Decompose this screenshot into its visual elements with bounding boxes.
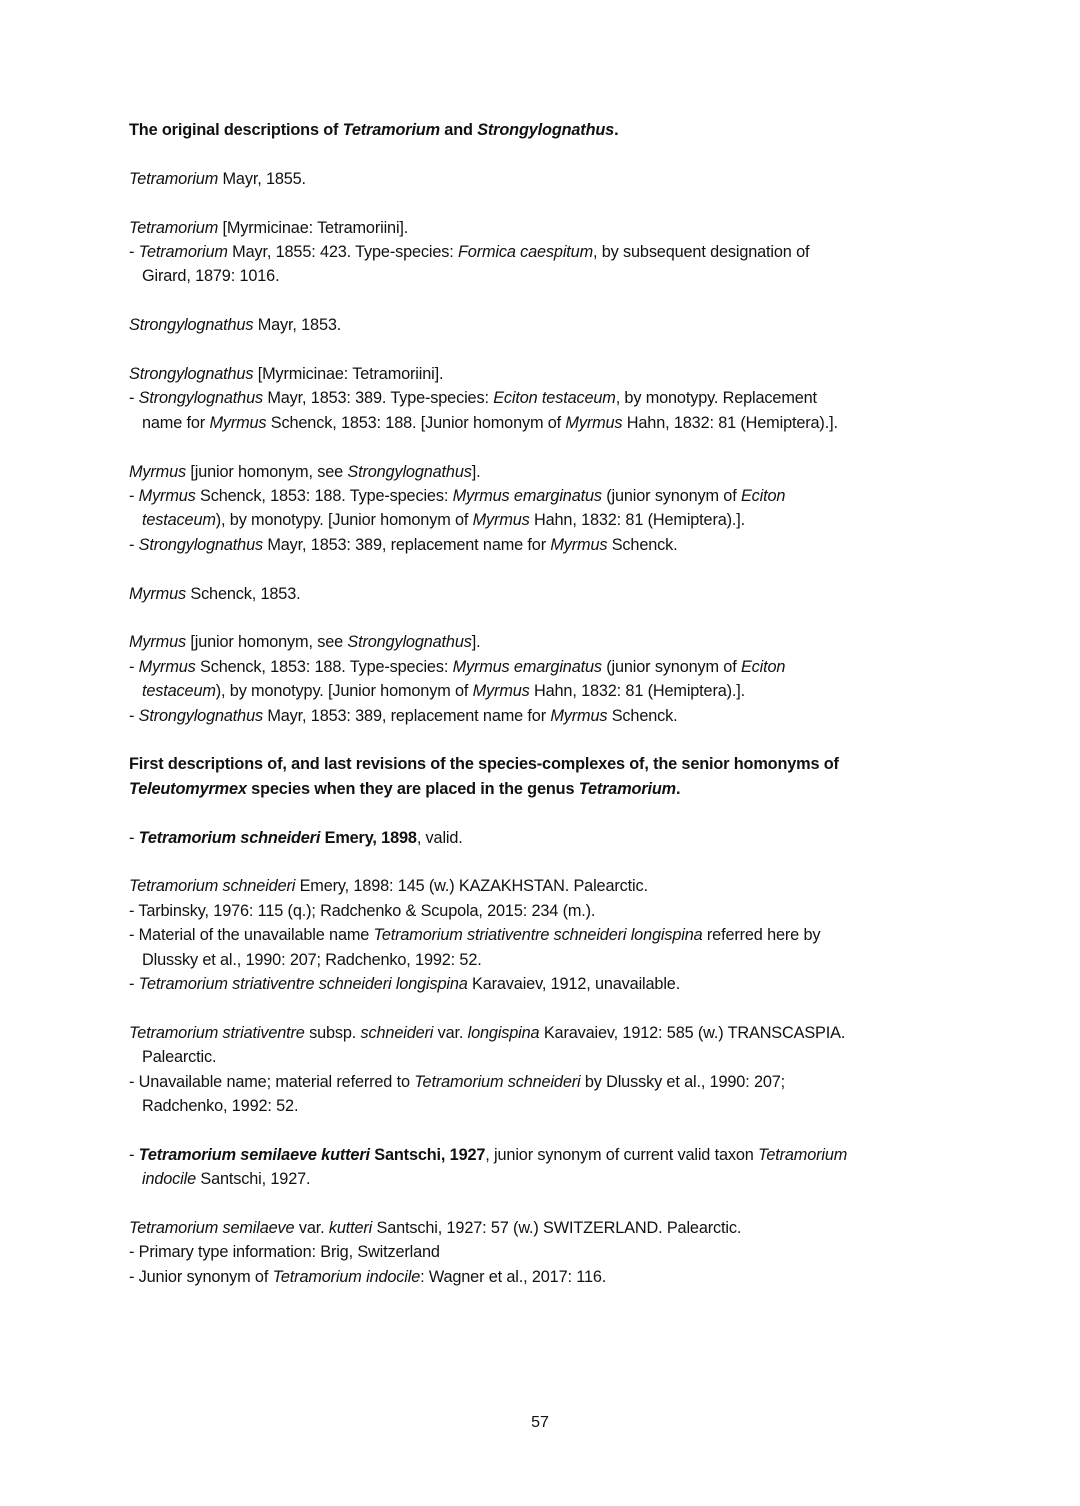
taxon-name: Myrmus	[473, 682, 530, 700]
text-run: -	[129, 975, 139, 993]
taxon-name: Strongylognathus	[139, 536, 263, 554]
text-run: Santschi, 1927: 57 (w.) SWITZERLAND. Pal…	[372, 1219, 741, 1237]
text-line: - Tetramorium schneideri Emery, 1898, va…	[129, 826, 959, 850]
taxon-name: Myrmus	[139, 487, 196, 505]
text-run: Schenck.	[607, 536, 677, 554]
text-run: by Dlussky et al., 1990: 207;	[580, 1073, 785, 1091]
text-run: -	[129, 707, 139, 725]
text-run: Mayr, 1855.	[218, 170, 306, 188]
text-run: Emery, 1898	[320, 829, 417, 847]
text-run: var.	[433, 1024, 467, 1042]
text-run: referred here by	[703, 926, 821, 944]
taxon-name: Tetramorium semilaeve	[129, 1219, 294, 1237]
text-line: First descriptions of, and last revision…	[129, 752, 959, 776]
text-run: Schenck, 1853: 188. [Junior homonym of	[266, 414, 565, 432]
text-line: - Tetramorium striativentre schneideri l…	[129, 972, 959, 996]
taxon-name: Tetramorium schneideri	[414, 1073, 580, 1091]
text-line: The original descriptions of Tetramorium…	[129, 118, 959, 142]
text-run: Mayr, 1853: 389, replacement name for	[263, 536, 550, 554]
text-run: Karavaiev, 1912: 585 (w.) TRANSCASPIA.	[539, 1024, 845, 1042]
text-run: name for	[142, 414, 209, 432]
taxon-name: indocile	[142, 1170, 196, 1188]
text-line: - Junior synonym of Tetramorium indocile…	[129, 1265, 959, 1289]
taxon-entry: - Tetramorium semilaeve kutteri Santschi…	[129, 1143, 959, 1192]
text-line: Tetramorium semilaeve var. kutteri Sants…	[129, 1216, 959, 1240]
taxon-name: Myrmus	[129, 633, 186, 651]
text-run: -	[129, 658, 139, 676]
taxon-name: Tetramorium indocile	[273, 1268, 421, 1286]
text-line: - Strongylognathus Mayr, 1853: 389, repl…	[129, 533, 959, 557]
taxon-name: testaceum	[142, 682, 216, 700]
taxon-entry: Tetramorium semilaeve var. kutteri Sants…	[129, 1216, 959, 1289]
taxon-entry: Tetramorium Mayr, 1855.	[129, 167, 959, 191]
text-run: Schenck, 1853: 188. Type-species:	[196, 658, 453, 676]
text-run: - Material of the unavailable name	[129, 926, 374, 944]
taxon-name: Eciton	[741, 487, 785, 505]
text-line: - Tetramorium Mayr, 1855: 423. Type-spec…	[129, 240, 959, 264]
taxon-name: Tetramorium	[758, 1146, 847, 1164]
taxon-name: Myrmus	[550, 707, 607, 725]
text-line: - Myrmus Schenck, 1853: 188. Type-specie…	[129, 655, 959, 679]
taxon-name: Teleutomyrmex	[129, 780, 247, 798]
taxon-name: Tetramorium striativentre schneideri lon…	[374, 926, 703, 944]
text-line: - Material of the unavailable name Tetra…	[129, 923, 959, 947]
text-line-continuation: Girard, 1879: 1016.	[129, 264, 959, 288]
taxon-name: Myrmus	[209, 414, 266, 432]
text-run: Santschi, 1927	[370, 1146, 485, 1164]
text-line: Tetramorium Mayr, 1855.	[129, 167, 959, 191]
text-line: - Unavailable name; material referred to…	[129, 1070, 959, 1094]
text-line: Myrmus Schenck, 1853.	[129, 582, 959, 606]
text-line: - Primary type information: Brig, Switze…	[129, 1240, 959, 1264]
text-line: - Tetramorium semilaeve kutteri Santschi…	[129, 1143, 959, 1167]
text-run: [junior homonym, see	[186, 633, 347, 651]
taxon-name: Myrmus	[473, 511, 530, 529]
text-line-continuation: testaceum), by monotypy. [Junior homonym…	[129, 508, 959, 532]
text-run: Palearctic.	[142, 1048, 216, 1066]
taxon-entry: Tetramorium schneideri Emery, 1898: 145 …	[129, 874, 959, 996]
text-run: -	[129, 1146, 139, 1164]
document-body: The original descriptions of Tetramorium…	[129, 118, 959, 1314]
text-run: [junior homonym, see	[186, 463, 347, 481]
taxon-name: Eciton testaceum	[493, 389, 615, 407]
taxon-name: Strongylognathus	[347, 463, 471, 481]
taxon-name: Tetramorium semilaeve kutteri	[139, 1146, 370, 1164]
text-run: Hahn, 1832: 81 (Hemiptera).].	[622, 414, 837, 432]
text-line: - Strongylognathus Mayr, 1853: 389. Type…	[129, 386, 959, 410]
section-heading: The original descriptions of Tetramorium…	[129, 118, 959, 142]
text-line-continuation: Radchenko, 1992: 52.	[129, 1094, 959, 1118]
taxon-name: Tetramorium striativentre	[129, 1024, 305, 1042]
text-run: [Myrmicinae: Tetramoriini].	[218, 219, 408, 237]
taxon-name: Strongylognathus	[139, 707, 263, 725]
text-line-continuation: Palearctic.	[129, 1045, 959, 1069]
taxon-name: Strongylognathus	[129, 316, 253, 334]
text-run: - Tarbinsky, 1976: 115 (q.); Radchenko &…	[129, 902, 595, 920]
taxon-name: Tetramorium	[579, 780, 676, 798]
text-run: Girard, 1879: 1016.	[142, 267, 279, 285]
text-line: Teleutomyrmex species when they are plac…	[129, 777, 959, 801]
text-run: -	[129, 389, 139, 407]
taxon-name: Myrmus emarginatus	[453, 487, 602, 505]
text-run: Karavaiev, 1912, unavailable.	[468, 975, 680, 993]
text-run: : Wagner et al., 2017: 116.	[420, 1268, 606, 1286]
taxon-entry: Myrmus Schenck, 1853.	[129, 582, 959, 606]
text-run: -	[129, 243, 139, 261]
text-run: Santschi, 1927.	[196, 1170, 310, 1188]
taxon-name: Tetramorium striativentre schneideri lon…	[139, 975, 468, 993]
text-line-continuation: name for Myrmus Schenck, 1853: 188. [Jun…	[129, 411, 959, 435]
text-run: ), by monotypy. [Junior homonym of	[216, 511, 473, 529]
text-line-continuation: indocile Santschi, 1927.	[129, 1167, 959, 1191]
taxon-name: Tetramorium	[343, 121, 440, 139]
text-line: Tetramorium striativentre subsp. schneid…	[129, 1021, 959, 1045]
text-run: Mayr, 1853: 389. Type-species:	[263, 389, 493, 407]
text-run: var.	[294, 1219, 328, 1237]
taxon-name: Myrmus	[565, 414, 622, 432]
taxon-name: Eciton	[741, 658, 785, 676]
text-run: , by monotypy. Replacement	[616, 389, 817, 407]
taxon-name: Strongylognathus	[129, 365, 253, 383]
text-run: Mayr, 1853: 389, replacement name for	[263, 707, 550, 725]
text-run: , junior synonym of current valid taxon	[485, 1146, 758, 1164]
text-run: Emery, 1898: 145 (w.) KAZAKHSTAN. Palear…	[295, 877, 648, 895]
text-run: subsp.	[305, 1024, 361, 1042]
text-run: Schenck, 1853: 188. Type-species:	[196, 487, 453, 505]
taxon-name: schneideri	[361, 1024, 434, 1042]
text-line: Myrmus [junior homonym, see Strongylogna…	[129, 460, 959, 484]
taxon-entry: Strongylognathus [Myrmicinae: Tetramorii…	[129, 362, 959, 435]
taxon-name: Strongylognathus	[477, 121, 614, 139]
taxon-name: Myrmus	[139, 658, 196, 676]
taxon-name: Strongylognathus	[139, 389, 263, 407]
taxon-entry: Tetramorium striativentre subsp. schneid…	[129, 1021, 959, 1119]
taxon-name: Strongylognathus	[347, 633, 471, 651]
text-run: .	[676, 780, 680, 798]
taxon-name: Myrmus emarginatus	[453, 658, 602, 676]
text-run: , valid.	[417, 829, 463, 847]
text-line: Tetramorium [Myrmicinae: Tetramoriini].	[129, 216, 959, 240]
text-run: ), by monotypy. [Junior homonym of	[216, 682, 473, 700]
text-line: Tetramorium schneideri Emery, 1898: 145 …	[129, 874, 959, 898]
taxon-entry: Tetramorium [Myrmicinae: Tetramoriini].-…	[129, 216, 959, 289]
text-line: Myrmus [junior homonym, see Strongylogna…	[129, 630, 959, 654]
text-run: - Unavailable name; material referred to	[129, 1073, 414, 1091]
text-run: and	[440, 121, 477, 139]
text-run: .	[614, 121, 618, 139]
text-run: -	[129, 487, 139, 505]
taxon-name: Myrmus	[129, 463, 186, 481]
text-run: , by subsequent designation of	[593, 243, 809, 261]
text-line: - Tarbinsky, 1976: 115 (q.); Radchenko &…	[129, 899, 959, 923]
taxon-name: Tetramorium	[129, 170, 218, 188]
taxon-name: Tetramorium	[129, 219, 218, 237]
taxon-entry: Strongylognathus Mayr, 1853.	[129, 313, 959, 337]
text-run: First descriptions of, and last revision…	[129, 755, 839, 773]
taxon-entry: - Tetramorium schneideri Emery, 1898, va…	[129, 826, 959, 850]
text-run: ].	[472, 463, 481, 481]
page-number: 57	[0, 1413, 1080, 1433]
taxon-name: Tetramorium	[139, 243, 228, 261]
text-line-continuation: testaceum), by monotypy. [Junior homonym…	[129, 679, 959, 703]
text-run: - Junior synonym of	[129, 1268, 273, 1286]
text-run: [Myrmicinae: Tetramoriini].	[253, 365, 443, 383]
text-line: - Myrmus Schenck, 1853: 188. Type-specie…	[129, 484, 959, 508]
text-run: - Primary type information: Brig, Switze…	[129, 1243, 440, 1261]
text-line: Strongylognathus Mayr, 1853.	[129, 313, 959, 337]
taxon-entry: Myrmus [junior homonym, see Strongylogna…	[129, 460, 959, 558]
text-line: - Strongylognathus Mayr, 1853: 389, repl…	[129, 704, 959, 728]
taxon-name: testaceum	[142, 511, 216, 529]
taxon-name: Tetramorium schneideri	[139, 829, 321, 847]
section-heading: First descriptions of, and last revision…	[129, 752, 959, 801]
text-run: (junior synonym of	[602, 487, 741, 505]
text-run: ].	[472, 633, 481, 651]
taxon-name: kutteri	[329, 1219, 372, 1237]
text-run: Mayr, 1855: 423. Type-species:	[228, 243, 458, 261]
text-run: (junior synonym of	[602, 658, 741, 676]
taxon-name: Formica caespitum	[458, 243, 593, 261]
text-run: Dlussky et al., 1990: 207; Radchenko, 19…	[142, 951, 482, 969]
taxon-name: Myrmus	[129, 585, 186, 603]
text-run: -	[129, 829, 139, 847]
text-run: Radchenko, 1992: 52.	[142, 1097, 298, 1115]
text-run: Hahn, 1832: 81 (Hemiptera).].	[530, 511, 745, 529]
text-line: Strongylognathus [Myrmicinae: Tetramorii…	[129, 362, 959, 386]
text-run: Schenck.	[607, 707, 677, 725]
text-run: Hahn, 1832: 81 (Hemiptera).].	[530, 682, 745, 700]
text-run: Schenck, 1853.	[186, 585, 301, 603]
taxon-name: longispina	[468, 1024, 540, 1042]
text-line-continuation: Dlussky et al., 1990: 207; Radchenko, 19…	[129, 948, 959, 972]
text-run: The original descriptions of	[129, 121, 343, 139]
taxon-entry: Myrmus [junior homonym, see Strongylogna…	[129, 630, 959, 728]
taxon-name: Myrmus	[550, 536, 607, 554]
text-run: Mayr, 1853.	[253, 316, 341, 334]
text-run: -	[129, 536, 139, 554]
text-run: species when they are placed in the genu…	[247, 780, 579, 798]
taxon-name: Tetramorium schneideri	[129, 877, 295, 895]
